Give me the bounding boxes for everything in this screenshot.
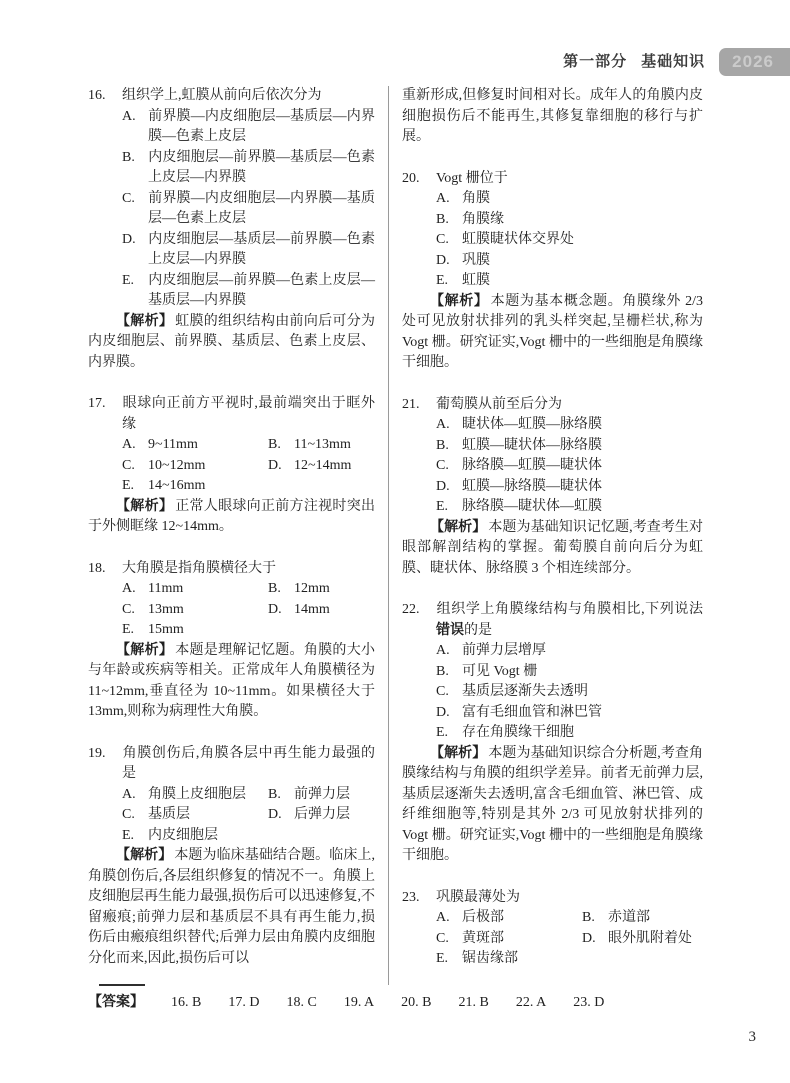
- options-list: A.9~11mm B.11~13mm C.10~12mm D.12~14mm E…: [88, 435, 375, 497]
- option-c: C.10~12mm: [122, 456, 268, 477]
- left-column: 16.组织学上,虹膜从前向后依次分为 A.前界膜—内皮细胞层—基质层—内界膜—色…: [88, 86, 388, 985]
- options-list: A.角膜上皮细胞层 B.前弹力层 C.基质层 D.后弹力层 E.内皮细胞层: [88, 785, 375, 847]
- question-stem-emphasis: 错误: [436, 623, 464, 638]
- page-number: 3: [749, 1027, 757, 1048]
- option-text: 睫状体—虹膜—脉络膜: [462, 417, 602, 432]
- option-b: B.可见 Vogt 栅: [436, 662, 703, 683]
- analysis: 【解析】本题为基本概念题。角膜缘外 2/3 处可见放射状排列的乳头样突起,呈栅栏…: [402, 292, 703, 374]
- option-text: 眼外肌附着处: [608, 931, 692, 946]
- option-text: 12~14mm: [294, 458, 351, 473]
- option-text: 11~13mm: [294, 437, 351, 452]
- answers-divider: [99, 984, 145, 986]
- option-e: E.内皮细胞层: [122, 826, 268, 847]
- option-a: A.11mm: [122, 579, 268, 600]
- option-text: 角膜: [462, 191, 490, 206]
- question-stem-text: 眼球向正前方平视时,最前端突出于眶外缘: [122, 396, 375, 432]
- option-b: B.虹膜—睫状体—脉络膜: [436, 436, 703, 457]
- answer-item: 19. A: [344, 993, 374, 1014]
- option-text: 黄斑部: [462, 931, 504, 946]
- option-c: C.基质层逐渐失去透明: [436, 682, 703, 703]
- analysis: 【解析】本题是理解记忆题。角膜的大小与年龄或疾病等相关。正常成年人角膜横径为 1…: [88, 641, 375, 723]
- option-c: C.脉络膜—虹膜—睫状体: [436, 456, 703, 477]
- option-label: D.: [268, 456, 294, 477]
- option-text: 13mm: [148, 602, 184, 617]
- question-21: 21.葡萄膜从前至后分为 A.睫状体—虹膜—脉络膜 B.虹膜—睫状体—脉络膜 C…: [402, 395, 703, 580]
- analysis: 【解析】本题为基础知识记忆题,考查考生对眼部解剖结构的掌握。葡萄膜自前向后分为虹…: [402, 518, 703, 580]
- option-label: C.: [122, 805, 148, 826]
- option-label: E.: [122, 620, 148, 641]
- analysis-text: 本题为基础知识综合分析题,考查角膜缘结构与角膜的组织学差异。前者无前弹力层,基质…: [402, 746, 703, 864]
- option-text: 脉络膜—虹膜—睫状体: [462, 458, 602, 473]
- option-text: 存在角膜缘干细胞: [462, 725, 574, 740]
- option-label: C.: [122, 189, 148, 210]
- option-label: E.: [122, 271, 148, 292]
- option-text: 前弹力层增厚: [462, 643, 546, 658]
- option-label: D.: [436, 251, 462, 272]
- analysis-label: 【解析】: [430, 520, 486, 535]
- answer-item: 18. C: [286, 993, 316, 1014]
- analysis-label: 【解析】: [430, 746, 486, 761]
- option-label: C.: [436, 682, 462, 703]
- book-page: 第一部分基础知识 2026 16.组织学上,虹膜从前向后依次分为 A.前界膜—内…: [0, 0, 790, 1083]
- question-stem-text: 组织学上,虹膜从前向后依次分为: [122, 88, 322, 103]
- option-label: C.: [122, 456, 148, 477]
- question-stem: 22.组织学上角膜缘结构与角膜相比,下列说法错误的是: [402, 600, 703, 641]
- option-e: E.14~16mm: [122, 476, 268, 497]
- option-label: A.: [122, 435, 148, 456]
- option-a: A.角膜: [436, 189, 703, 210]
- option-c: C.虹膜睫状体交界处: [436, 230, 703, 251]
- option-e: E.脉络膜—睫状体—虹膜: [436, 497, 703, 518]
- question-20: 20.Vogt 栅位于 A.角膜 B.角膜缘 C.虹膜睫状体交界处 D.巩膜 E…: [402, 169, 703, 374]
- option-label: B.: [268, 579, 294, 600]
- option-text: 锯齿缘部: [462, 951, 518, 966]
- question-16: 16.组织学上,虹膜从前向后依次分为 A.前界膜—内皮细胞层—基质层—内界膜—色…: [88, 86, 375, 373]
- option-d: D.后弹力层: [268, 805, 375, 826]
- option-label: B.: [436, 436, 462, 457]
- option-a: A.9~11mm: [122, 435, 268, 456]
- options-list: A.后极部 B.赤道部 C.黄斑部 D.眼外肌附着处 E.锯齿缘部: [402, 908, 703, 970]
- option-text: 虹膜睫状体交界处: [462, 232, 574, 247]
- option-b: B.前弹力层: [268, 785, 375, 806]
- question-23: 23.巩膜最薄处为 A.后极部 B.赤道部 C.黄斑部 D.眼外肌附着处 E.锯…: [402, 888, 703, 970]
- option-text: 内皮细胞层—前界膜—基质层—色素上皮层—内界膜: [148, 150, 375, 186]
- option-label: D.: [268, 805, 294, 826]
- option-label: C.: [436, 456, 462, 477]
- option-label: A.: [122, 785, 148, 806]
- analysis-label: 【解析】: [116, 848, 172, 863]
- option-text: 10~12mm: [148, 458, 205, 473]
- option-label: E.: [436, 723, 462, 744]
- analysis-label: 【解析】: [116, 314, 173, 329]
- question-number: 19.: [88, 744, 122, 765]
- option-label: D.: [122, 230, 148, 251]
- option-label: D.: [268, 600, 294, 621]
- option-label: A.: [436, 189, 462, 210]
- option-text: 虹膜: [462, 273, 490, 288]
- question-22: 22.组织学上角膜缘结构与角膜相比,下列说法错误的是 A.前弹力层增厚 B.可见…: [402, 600, 703, 867]
- question-number: 23.: [402, 888, 436, 909]
- option-label: B.: [436, 662, 462, 683]
- section-header: 第一部分基础知识: [563, 52, 705, 73]
- options-list: A.前界膜—内皮细胞层—基质层—内界膜—色素上皮层 B.内皮细胞层—前界膜—基质…: [88, 107, 375, 312]
- option-text: 14mm: [294, 602, 330, 617]
- option-text: 虹膜—睫状体—脉络膜: [462, 438, 602, 453]
- analysis-label: 【解析】: [116, 643, 173, 658]
- option-a: A.前界膜—内皮细胞层—基质层—内界膜—色素上皮层: [122, 107, 375, 148]
- question-stem: 19.角膜创伤后,角膜各层中再生能力最强的是: [88, 744, 375, 785]
- option-label: E.: [122, 476, 148, 497]
- question-18: 18.大角膜是指角膜横径大于 A.11mm B.12mm C.13mm D.14…: [88, 559, 375, 723]
- option-label: B.: [268, 785, 294, 806]
- option-text: 11mm: [148, 581, 183, 596]
- option-text: 可见 Vogt 栅: [462, 664, 537, 679]
- option-e: E.内皮细胞层—前界膜—色素上皮层—基质层—内界膜: [122, 271, 375, 312]
- option-d: D.虹膜—脉络膜—睫状体: [436, 477, 703, 498]
- question-stem: 20.Vogt 栅位于: [402, 169, 703, 190]
- option-text: 角膜缘: [462, 212, 504, 227]
- option-text: 内皮细胞层—基质层—前界膜—色素上皮层—内界膜: [148, 232, 375, 268]
- option-d: D.眼外肌附着处: [582, 929, 703, 950]
- question-stem: 17.眼球向正前方平视时,最前端突出于眶外缘: [88, 394, 375, 435]
- question-19: 19.角膜创伤后,角膜各层中再生能力最强的是 A.角膜上皮细胞层 B.前弹力层 …: [88, 744, 375, 970]
- option-a: A.后极部: [436, 908, 582, 929]
- option-label: B.: [122, 148, 148, 169]
- option-text: 角膜上皮细胞层: [148, 787, 246, 802]
- option-label: C.: [436, 929, 462, 950]
- option-text: 脉络膜—睫状体—虹膜: [462, 499, 602, 514]
- answer-item: 20. B: [401, 993, 431, 1014]
- option-text: 后极部: [462, 910, 504, 925]
- options-list: A.睫状体—虹膜—脉络膜 B.虹膜—睫状体—脉络膜 C.脉络膜—虹膜—睫状体 D…: [402, 415, 703, 518]
- analysis-label: 【解析】: [116, 499, 173, 514]
- options-list: A.前弹力层增厚 B.可见 Vogt 栅 C.基质层逐渐失去透明 D.富有毛细血…: [402, 641, 703, 744]
- option-e: E.15mm: [122, 620, 268, 641]
- option-a: A.角膜上皮细胞层: [122, 785, 268, 806]
- option-c: C.13mm: [122, 600, 268, 621]
- question-number: 17.: [88, 394, 122, 415]
- analysis: 【解析】虹膜的组织结构由前向后可分为内皮细胞层、前界膜、基质层、色素上皮层、内界…: [88, 312, 375, 374]
- page-header: 第一部分基础知识 2026: [563, 48, 790, 76]
- option-a: A.睫状体—虹膜—脉络膜: [436, 415, 703, 436]
- option-e: E.锯齿缘部: [436, 949, 582, 970]
- options-list: A.角膜 B.角膜缘 C.虹膜睫状体交界处 D.巩膜 E.虹膜: [402, 189, 703, 292]
- option-label: E.: [436, 271, 462, 292]
- option-text: 前界膜—内皮细胞层—基质层—内界膜—色素上皮层: [148, 109, 375, 145]
- option-b: B.12mm: [268, 579, 375, 600]
- option-label: C.: [436, 230, 462, 251]
- option-label: A.: [436, 415, 462, 436]
- option-label: B.: [268, 435, 294, 456]
- question-stem: 18.大角膜是指角膜横径大于: [88, 559, 375, 580]
- right-column: 重新形成,但修复时间相对长。成年人的角膜内皮细胞损伤后不能再生,其修复靠细胞的移…: [388, 86, 703, 985]
- question-stem: 23.巩膜最薄处为: [402, 888, 703, 909]
- option-label: A.: [122, 107, 148, 128]
- analysis: 【解析】正常人眼球向正前方注视时突出于外侧眶缘 12~14mm。: [88, 497, 375, 538]
- option-e: E.虹膜: [436, 271, 703, 292]
- question-columns: 16.组织学上,虹膜从前向后依次分为 A.前界膜—内皮细胞层—基质层—内界膜—色…: [88, 86, 703, 985]
- answer-item: 22. A: [516, 993, 546, 1014]
- question-stem-text: 的是: [464, 623, 492, 638]
- option-label: A.: [122, 579, 148, 600]
- option-c: C.基质层: [122, 805, 268, 826]
- option-text: 15mm: [148, 622, 184, 637]
- option-d: D.内皮细胞层—基质层—前界膜—色素上皮层—内界膜: [122, 230, 375, 271]
- answer-item: 21. B: [459, 993, 489, 1014]
- analysis: 【解析】本题为基础知识综合分析题,考查角膜缘结构与角膜的组织学差异。前者无前弹力…: [402, 744, 703, 867]
- option-label: D.: [436, 703, 462, 724]
- option-text: 12mm: [294, 581, 330, 596]
- question-number: 16.: [88, 86, 122, 107]
- option-label: A.: [436, 908, 462, 929]
- question-number: 18.: [88, 559, 122, 580]
- answers-label: 【答案】: [88, 993, 144, 1014]
- option-label: C.: [122, 600, 148, 621]
- question-stem-text: 巩膜最薄处为: [436, 890, 520, 905]
- option-d: D.巩膜: [436, 251, 703, 272]
- analysis-continuation: 重新形成,但修复时间相对长。成年人的角膜内皮细胞损伤后不能再生,其修复靠细胞的移…: [402, 86, 703, 148]
- option-text: 后弹力层: [294, 807, 350, 822]
- option-d: D.富有毛细血管和淋巴管: [436, 703, 703, 724]
- option-text: 前界膜—内皮细胞层—内界膜—基质层—色素上皮层: [148, 191, 375, 227]
- options-list: A.11mm B.12mm C.13mm D.14mm E.15mm: [88, 579, 375, 641]
- option-text: 富有毛细血管和淋巴管: [462, 705, 602, 720]
- question-stem-text: 葡萄膜从前至后分为: [436, 397, 562, 412]
- option-text: 9~11mm: [148, 437, 198, 452]
- option-label: B.: [582, 908, 608, 929]
- option-label: E.: [122, 826, 148, 847]
- option-text: 基质层逐渐失去透明: [462, 684, 588, 699]
- question-17: 17.眼球向正前方平视时,最前端突出于眶外缘 A.9~11mm B.11~13m…: [88, 394, 375, 538]
- section-part: 第一部分: [563, 54, 627, 70]
- question-number: 21.: [402, 395, 436, 416]
- question-number: 20.: [402, 169, 436, 190]
- question-stem: 21.葡萄膜从前至后分为: [402, 395, 703, 416]
- question-stem: 16.组织学上,虹膜从前向后依次分为: [88, 86, 375, 107]
- answer-item: 16. B: [171, 993, 201, 1014]
- analysis-label: 【解析】: [430, 294, 489, 309]
- question-stem-text: 组织学上角膜缘结构与角膜相比,下列说法: [436, 602, 703, 617]
- answer-item: 23. D: [573, 993, 604, 1014]
- option-e: E.存在角膜缘干细胞: [436, 723, 703, 744]
- option-label: A.: [436, 641, 462, 662]
- option-label: E.: [436, 497, 462, 518]
- answers-row: 【答案】 16. B 17. D 18. C 19. A 20. B 21. B…: [88, 993, 703, 1014]
- section-title: 基础知识: [641, 54, 705, 70]
- option-a: A.前弹力层增厚: [436, 641, 703, 662]
- option-d: D.12~14mm: [268, 456, 375, 477]
- answers-footer: 【答案】 16. B 17. D 18. C 19. A 20. B 21. B…: [88, 984, 703, 1014]
- option-b: B.内皮细胞层—前界膜—基质层—色素上皮层—内界膜: [122, 148, 375, 189]
- option-text: 内皮细胞层: [148, 828, 218, 843]
- analysis-text: 本题为临床基础结合题。临床上,角膜创伤后,各层组织修复的情况不一。角膜上皮细胞层…: [88, 848, 375, 966]
- option-text: 巩膜: [462, 253, 490, 268]
- option-c: C.前界膜—内皮细胞层—内界膜—基质层—色素上皮层: [122, 189, 375, 230]
- option-label: B.: [436, 210, 462, 231]
- option-text: 赤道部: [608, 910, 650, 925]
- option-b: B.11~13mm: [268, 435, 375, 456]
- option-text: 基质层: [148, 807, 190, 822]
- option-b: B.角膜缘: [436, 210, 703, 231]
- option-c: C.黄斑部: [436, 929, 582, 950]
- option-d: D.14mm: [268, 600, 375, 621]
- option-label: E.: [436, 949, 462, 970]
- option-label: D.: [582, 929, 608, 950]
- question-stem-text: 角膜创伤后,角膜各层中再生能力最强的是: [122, 746, 375, 782]
- option-b: B.赤道部: [582, 908, 703, 929]
- option-text: 虹膜—脉络膜—睫状体: [462, 479, 602, 494]
- answer-item: 17. D: [228, 993, 259, 1014]
- question-stem-text: 大角膜是指角膜横径大于: [122, 561, 276, 576]
- option-text: 内皮细胞层—前界膜—色素上皮层—基质层—内界膜: [148, 273, 375, 309]
- analysis: 【解析】本题为临床基础结合题。临床上,角膜创伤后,各层组织修复的情况不一。角膜上…: [88, 846, 375, 969]
- option-label: D.: [436, 477, 462, 498]
- question-number: 22.: [402, 600, 436, 621]
- option-text: 前弹力层: [294, 787, 350, 802]
- option-text: 14~16mm: [148, 478, 205, 493]
- question-stem-text: Vogt 栅位于: [436, 171, 508, 186]
- edition-badge: 2026: [719, 48, 790, 76]
